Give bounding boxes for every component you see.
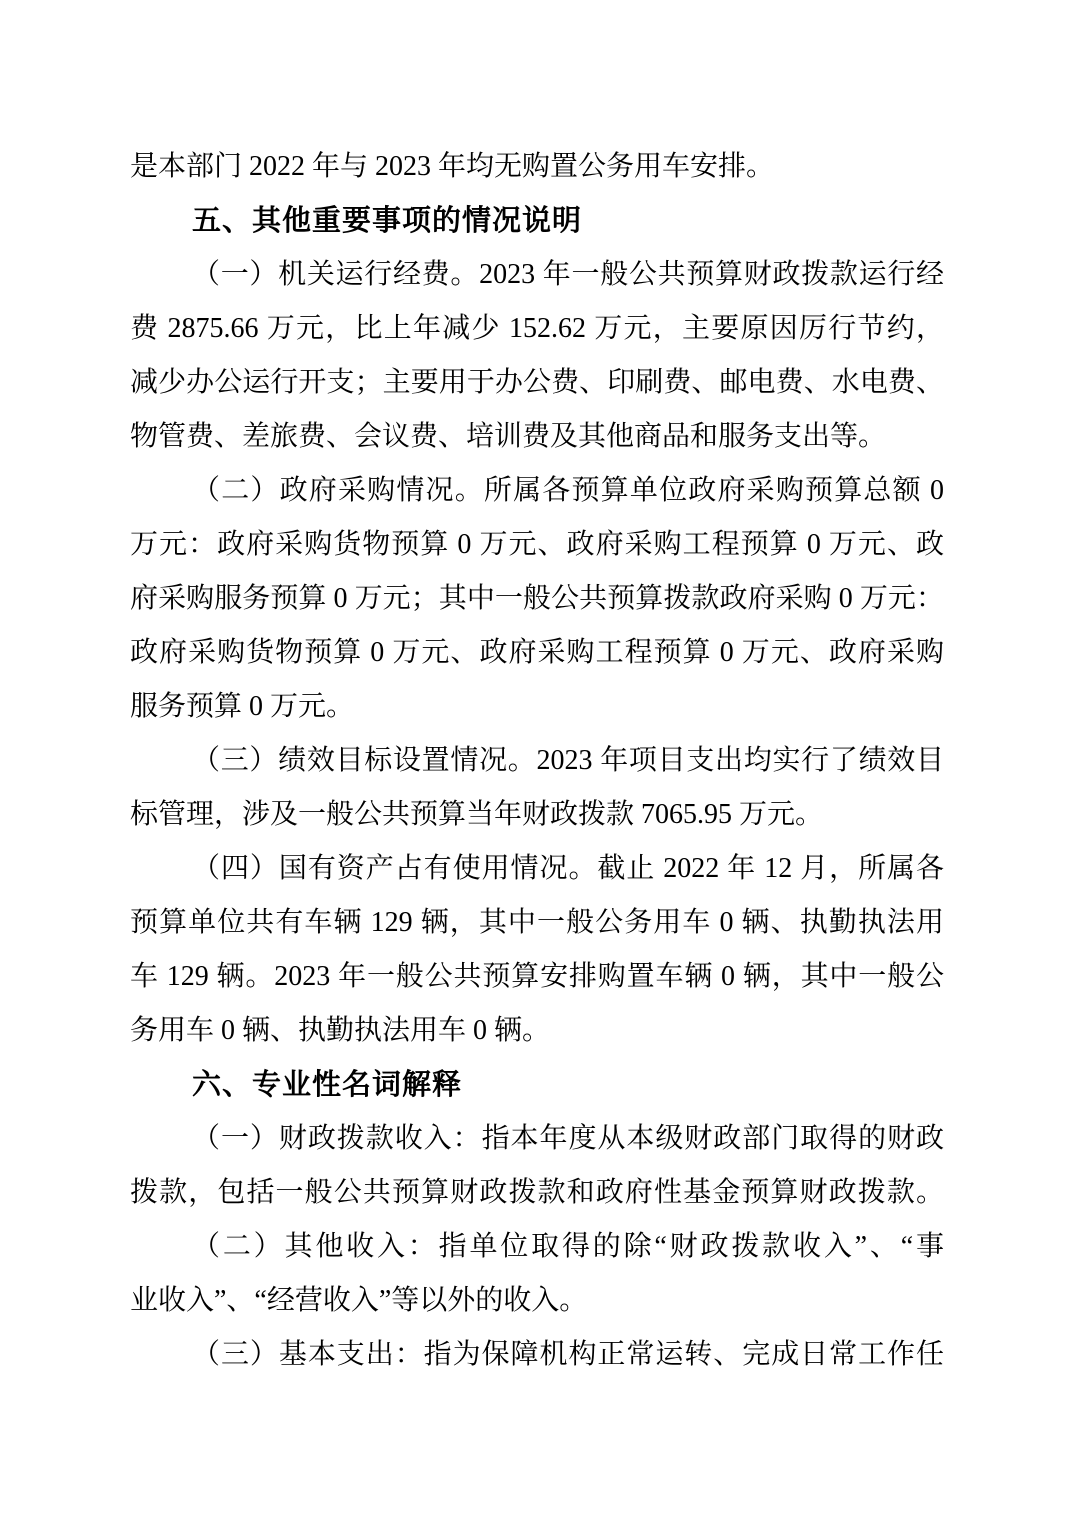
text-line: 业收入”、“经营收入”等以外的收入。 <box>130 1274 944 1328</box>
text-line: 费 2875.66 万元，比上年减少 152.62 万元，主要原因厉行节约， <box>130 302 944 356</box>
text-line: （三）绩效目标设置情况。2023 年项目支出均实行了绩效目 <box>130 734 944 788</box>
text-line: 服务预算 0 万元。 <box>130 680 944 734</box>
text-line: 万元：政府采购货物预算 0 万元、政府采购工程预算 0 万元、政 <box>130 518 944 572</box>
text-line: 减少办公运行开支；主要用于办公费、印刷费、邮电费、水电费、 <box>130 356 944 410</box>
para-performance-targets: （三）绩效目标设置情况。2023 年项目支出均实行了绩效目 标管理，涉及一般公共… <box>130 734 944 842</box>
para-agency-operating-expenses: （一）机关运行经费。2023 年一般公共预算财政拨款运行经 费 2875.66 … <box>130 248 944 464</box>
text-line: 务用车 0 辆、执勤执法用车 0 辆。 <box>130 1004 944 1058</box>
text-line: 物管费、差旅费、会议费、培训费及其他商品和服务支出等。 <box>130 410 944 464</box>
heading-section-5-other-important-matters: 五、其他重要事项的情况说明 <box>130 194 944 248</box>
heading-section-6-terminology: 六、专业性名词解释 <box>130 1058 944 1112</box>
text-line: 标管理，涉及一般公共预算当年财政拨款 7065.95 万元。 <box>130 788 944 842</box>
text-line: 车 129 辆。2023 年一般公共预算安排购置车辆 0 辆，其中一般公 <box>130 950 944 1004</box>
text-line: 拨款，包括一般公共预算财政拨款和政府性基金预算财政拨款。 <box>130 1166 944 1220</box>
para-def-other-income: （二）其他收入：指单位取得的除“财政拨款收入”、“事 业收入”、“经营收入”等以… <box>130 1220 944 1328</box>
para-def-fiscal-appropriation-income: （一）财政拨款收入：指本年度从本级财政部门取得的财政 拨款，包括一般公共预算财政… <box>130 1112 944 1220</box>
para-government-procurement: （二）政府采购情况。所属各预算单位政府采购预算总额 0 万元：政府采购货物预算 … <box>130 464 944 734</box>
section-heading: 五、其他重要事项的情况说明 <box>130 194 944 248</box>
text-line: 政府采购货物预算 0 万元、政府采购工程预算 0 万元、政府采购 <box>130 626 944 680</box>
text-line: （四）国有资产占有使用情况。截止 2022 年 12 月，所属各 <box>130 842 944 896</box>
text-line: （二）政府采购情况。所属各预算单位政府采购预算总额 0 <box>130 464 944 518</box>
text-line: （一）财政拨款收入：指本年度从本级财政部门取得的财政 <box>130 1112 944 1166</box>
text-line: （三）基本支出：指为保障机构正常运转、完成日常工作任 <box>130 1328 944 1382</box>
document-page: 是本部门 2022 年与 2023 年均无购置公务用车安排。 五、其他重要事项的… <box>0 0 1074 1520</box>
para-def-basic-expenditure: （三）基本支出：指为保障机构正常运转、完成日常工作任 <box>130 1328 944 1382</box>
text-line: （二）其他收入：指单位取得的除“财政拨款收入”、“事 <box>130 1220 944 1274</box>
text-line: 是本部门 2022 年与 2023 年均无购置公务用车安排。 <box>130 140 944 194</box>
para-vehicle-purchase-note: 是本部门 2022 年与 2023 年均无购置公务用车安排。 <box>130 140 944 194</box>
text-line: （一）机关运行经费。2023 年一般公共预算财政拨款运行经 <box>130 248 944 302</box>
text-line: 预算单位共有车辆 129 辆，其中一般公务用车 0 辆、执勤执法用 <box>130 896 944 950</box>
section-heading: 六、专业性名词解释 <box>130 1058 944 1112</box>
para-state-owned-assets: （四）国有资产占有使用情况。截止 2022 年 12 月，所属各 预算单位共有车… <box>130 842 944 1058</box>
text-line: 府采购服务预算 0 万元；其中一般公共预算拨款政府采购 0 万元： <box>130 572 944 626</box>
